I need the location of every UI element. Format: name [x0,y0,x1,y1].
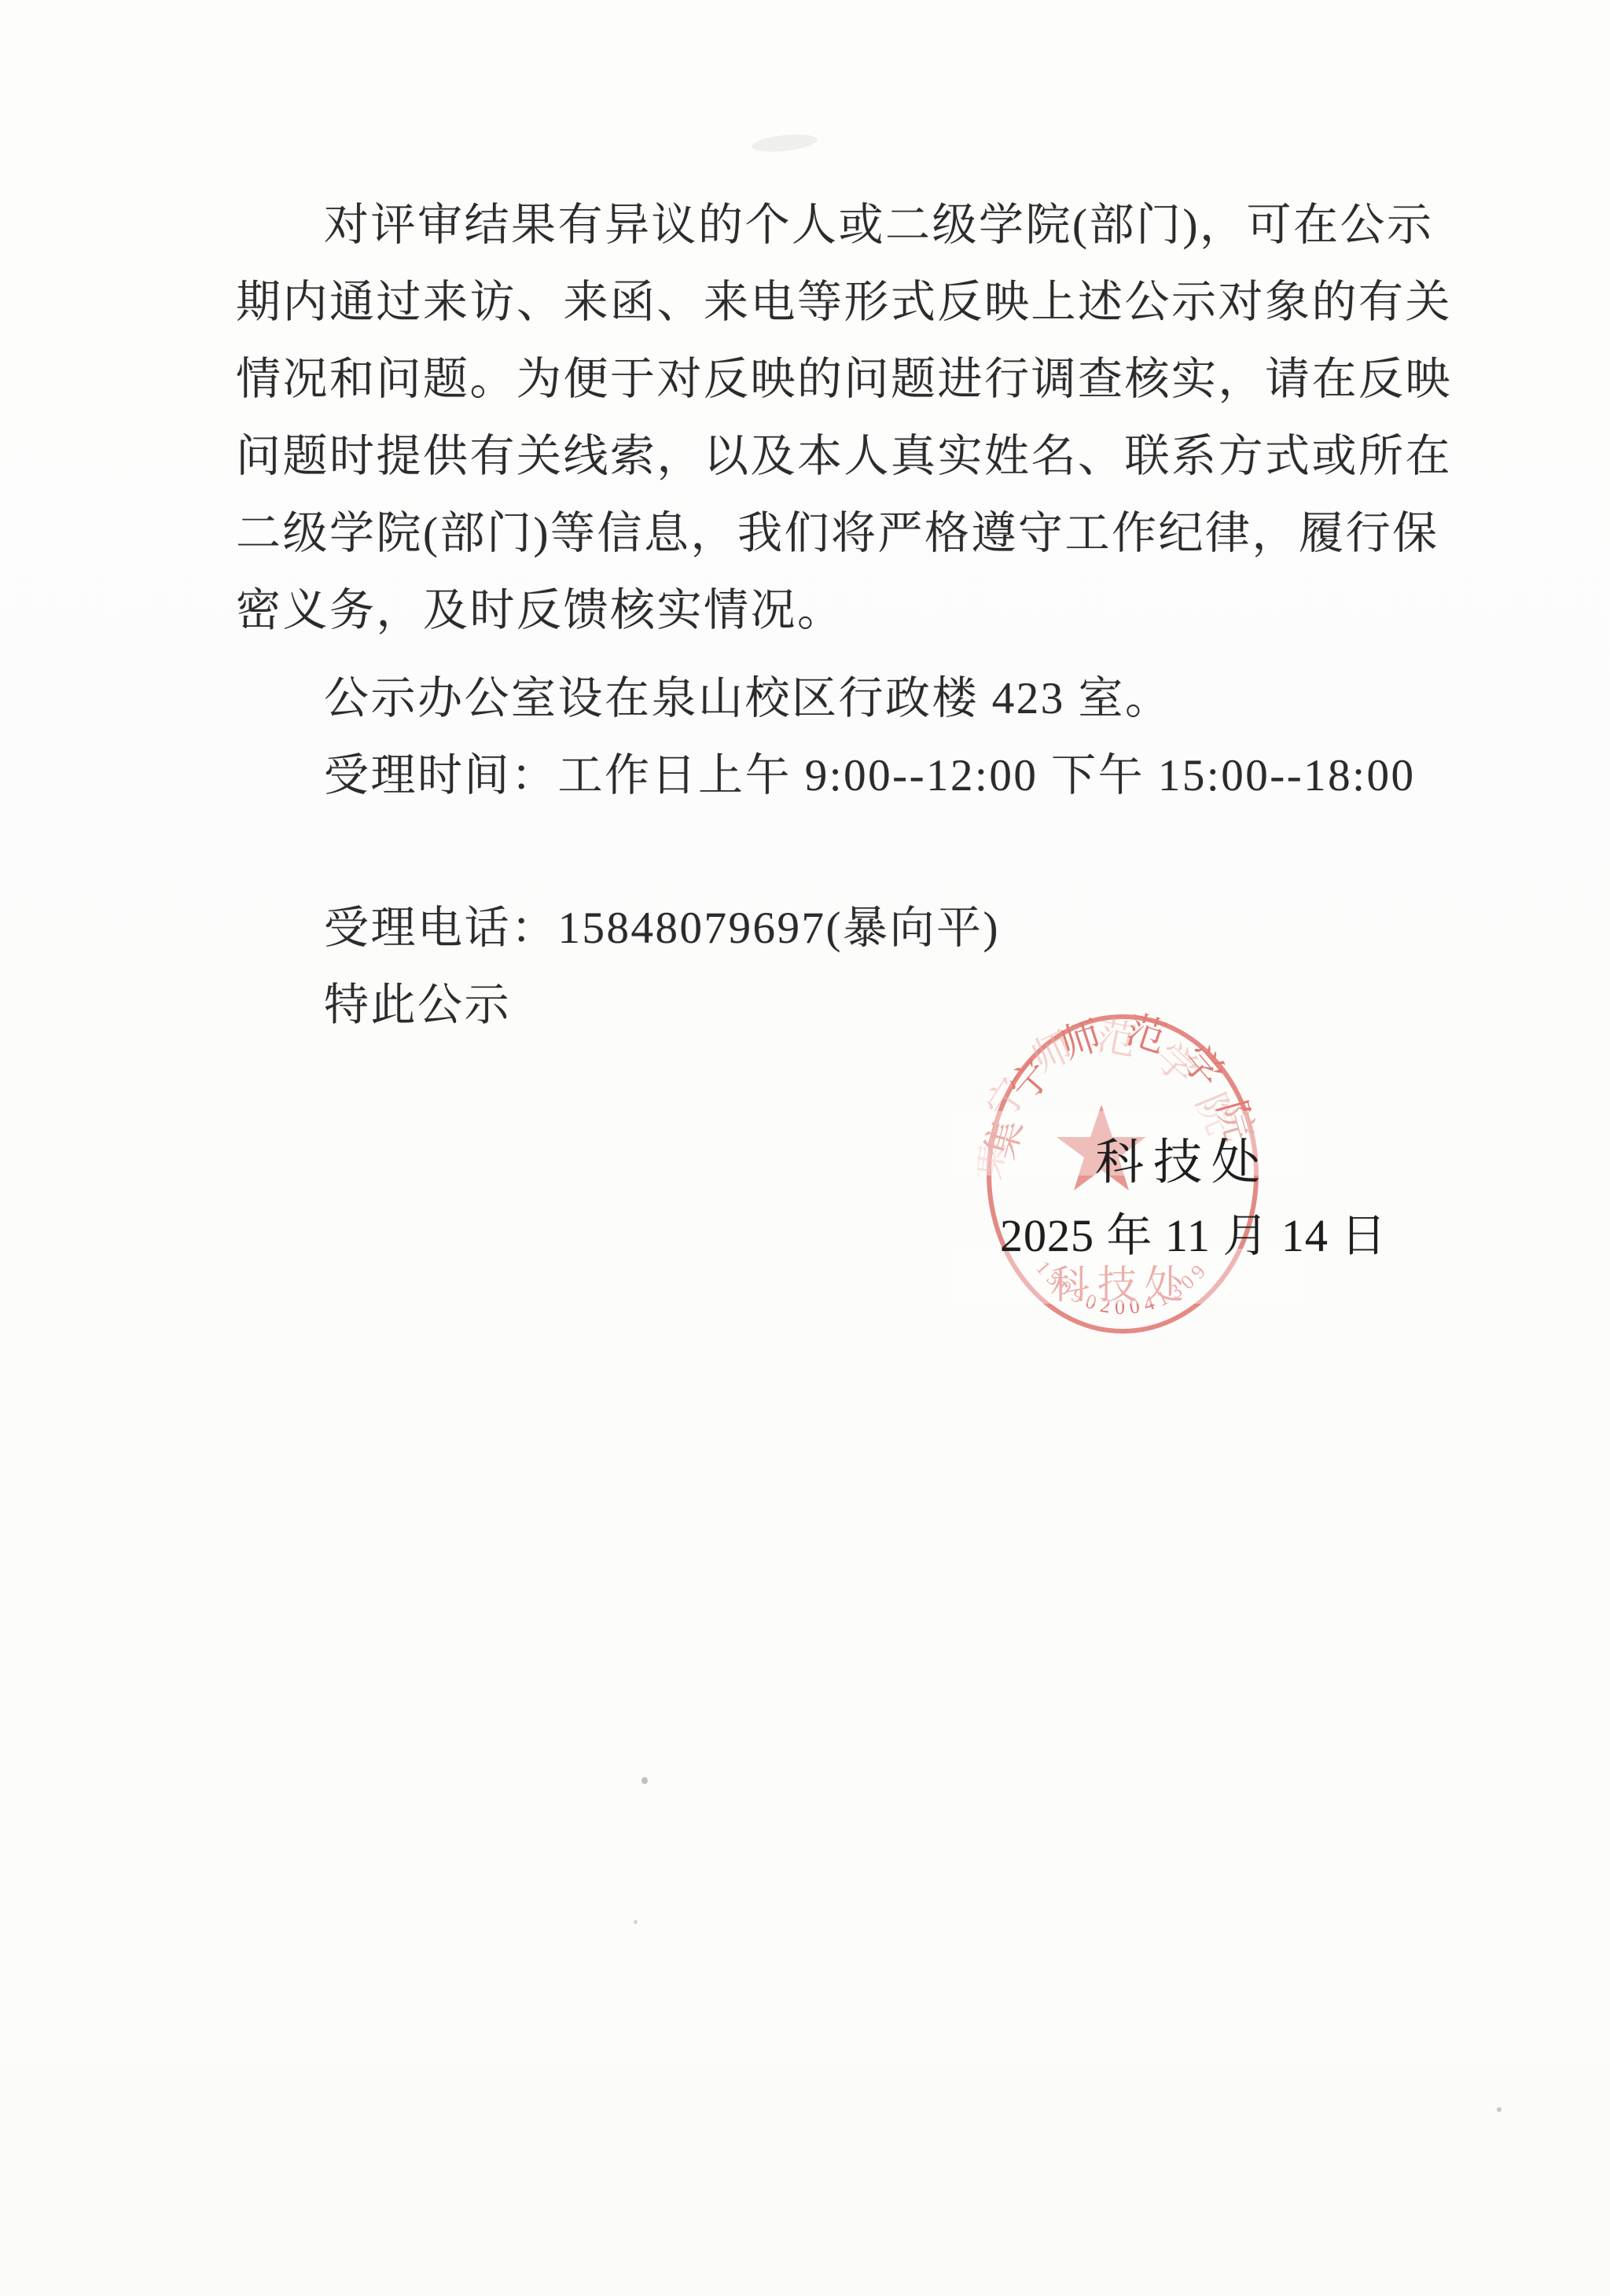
body-line-2: 期内通过来访、来函、来电等形式反映上述公示对象的有关 [236,264,1415,341]
body-line-1: 对评审结果有异议的个人或二级学院(部门)，可在公示 [236,187,1415,264]
body-line-4: 问题时提供有关线索，以及本人真实姓名、联系方式或所在 [236,418,1415,495]
scan-speck [641,1777,648,1784]
acceptance-hours-line: 受理时间：工作日上午 9:00--12:00 下午 15:00--18:00 [236,738,1415,815]
document-page: 对评审结果有异议的个人或二级学院(部门)，可在公示 期内通过来访、来函、来电等形… [0,0,1610,2296]
office-location-line: 公示办公室设在泉山校区行政楼 423 室。 [236,660,1415,738]
signature-department: 科技处 [1095,1123,1270,1193]
acceptance-phone-line: 受理电话：15848079697(暴向平) [236,890,1415,967]
body-line-5: 二级学院(部门)等信息，我们将严格遵守工作纪律，履行保 [236,495,1415,572]
scan-smudge [751,132,818,155]
scan-speck [1497,2107,1502,2112]
signature-date: 2025 年 11 月 14 日 [1000,1198,1387,1264]
body-line-3: 情况和问题。为便于对反映的问题进行调查核实，请在反映 [236,341,1415,418]
body-line-6: 密义务，及时反馈核实情况。 [236,572,1415,649]
scan-speck [634,1920,638,1924]
notice-body: 对评审结果有异议的个人或二级学院(部门)，可在公示 期内通过来访、来函、来电等形… [236,187,1415,1044]
